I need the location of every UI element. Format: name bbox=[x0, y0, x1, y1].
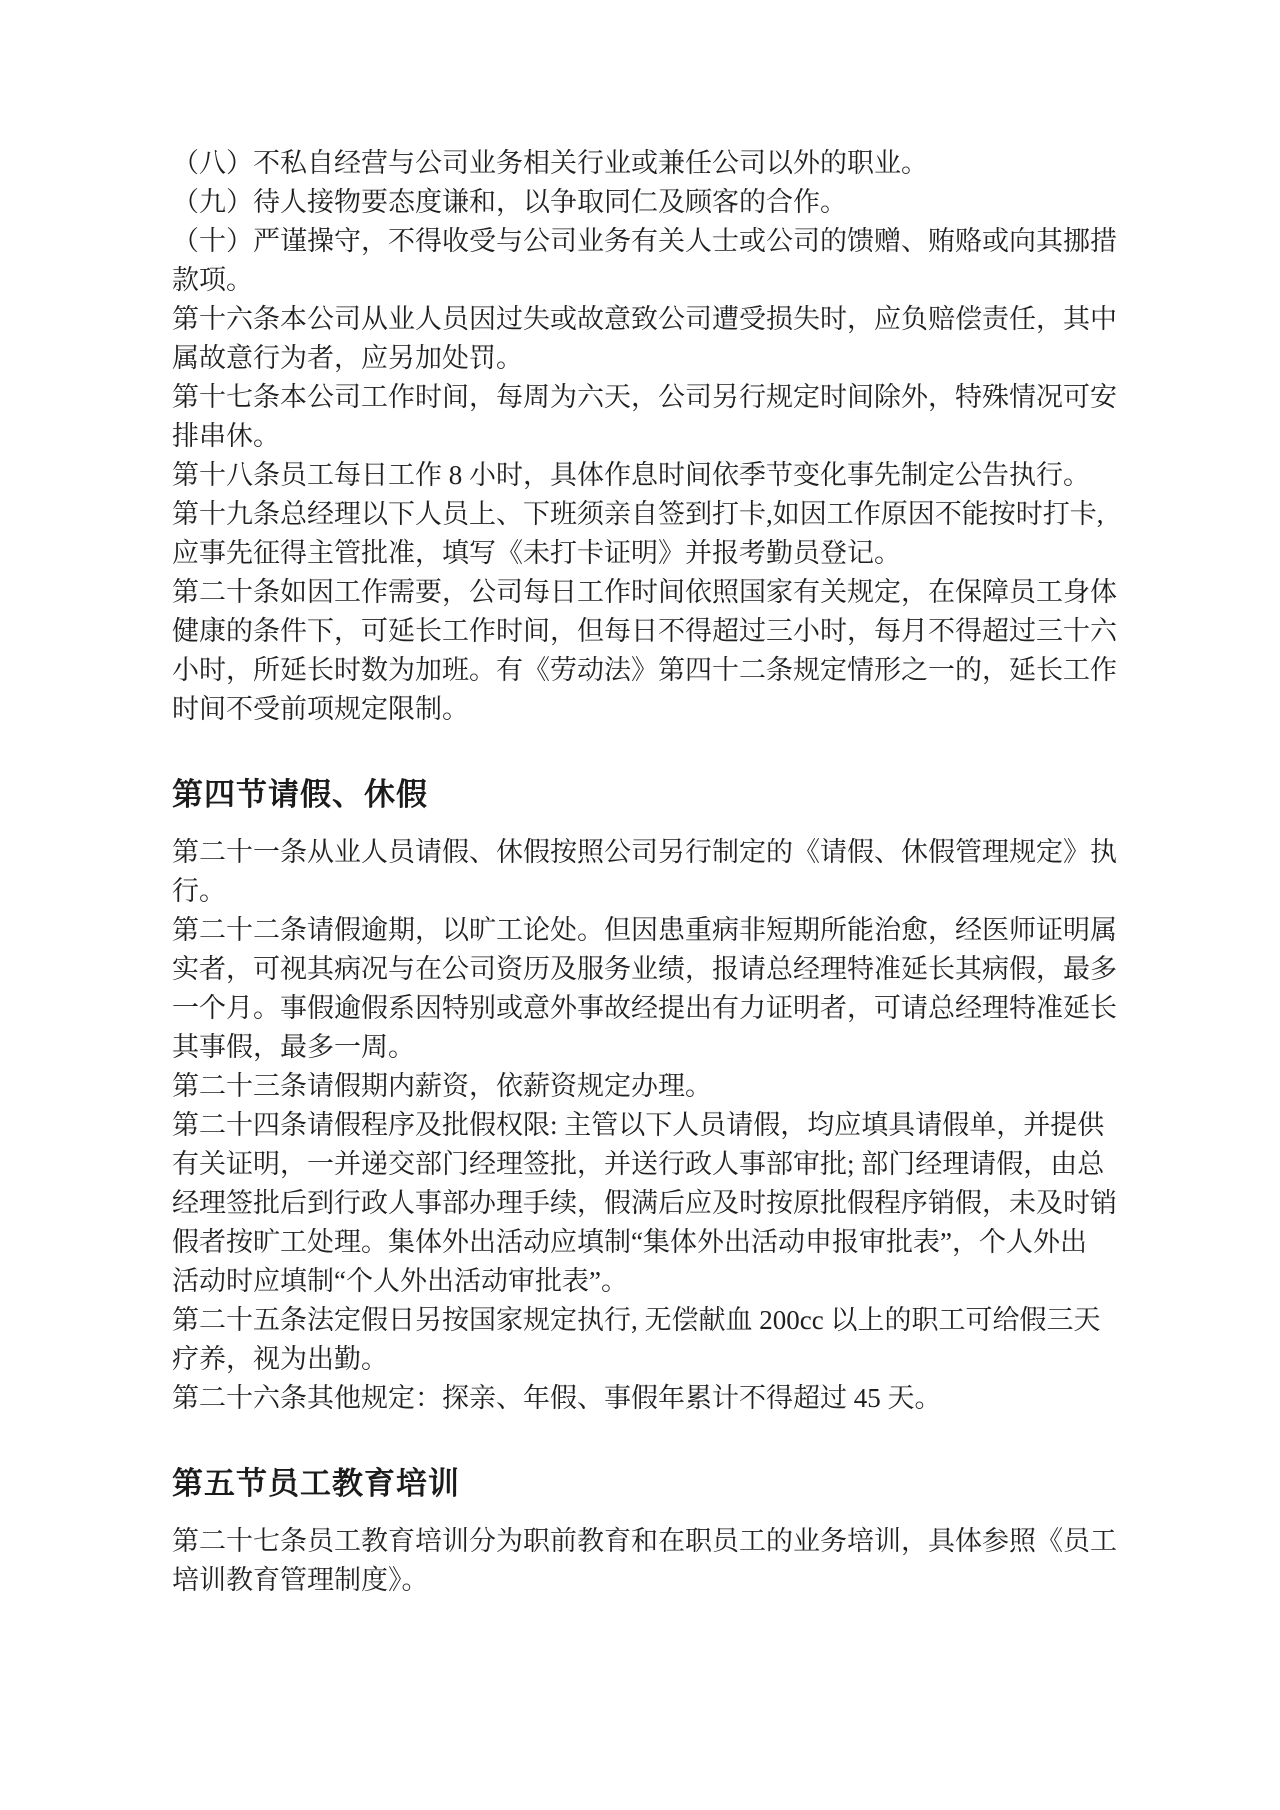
paragraph-line: 一个月。事假逾假系因特别或意外事故经提出有力证明者，可请总经理特准延长 bbox=[172, 989, 1120, 1028]
paragraph: 第二十六条其他规定：探亲、年假、事假年累计不得超过 45 天。 bbox=[172, 1379, 1120, 1418]
paragraph: （九）待人接物要态度谦和，以争取同仁及顾客的合作。 bbox=[172, 183, 1120, 222]
paragraph: 第十八条员工每日工作 8 小时，具体作息时间依季节变化事先制定公告执行。 bbox=[172, 456, 1120, 495]
paragraph-line: 款项。 bbox=[172, 261, 1120, 300]
paragraph-line: 疗养，视为出勤。 bbox=[172, 1340, 1120, 1379]
paragraph-line: 应事先征得主管批准，填写《未打卡证明》并报考勤员登记。 bbox=[172, 534, 1120, 573]
paragraph-line: 第十六条本公司从业人员因过失或故意致公司遭受损失时，应负赔偿责任，其中 bbox=[172, 300, 1120, 339]
paragraph-line: 第十九条总经理以下人员上、下班须亲自签到打卡,如因工作原因不能按时打卡, bbox=[172, 495, 1120, 534]
paragraph-line: 其事假，最多一周。 bbox=[172, 1028, 1120, 1067]
paragraph-line: 培训教育管理制度》。 bbox=[172, 1561, 1120, 1600]
paragraph: 第二十四条请假程序及批假权限: 主管以下人员请假，均应填具请假单，并提供有关证明… bbox=[172, 1106, 1120, 1301]
paragraph-line: 第十七条本公司工作时间，每周为六天，公司另行规定时间除外，特殊情况可安 bbox=[172, 378, 1120, 417]
paragraph: 第二十二条请假逾期，以旷工论处。但因患重病非短期所能治愈，经医师证明属实者，可视… bbox=[172, 911, 1120, 1067]
paragraph-line: 第二十五条法定假日另按国家规定执行, 无偿献血 200cc 以上的职工可给假三天 bbox=[172, 1301, 1120, 1340]
paragraph-line: 假者按旷工处理。集体外出活动应填制“集体外出活动申报审批表”，个人外出 bbox=[172, 1223, 1120, 1262]
paragraph-line: 健康的条件下，可延长工作时间，但每日不得超过三小时，每月不得超过三十六 bbox=[172, 612, 1120, 651]
paragraph-line: 第二十条如因工作需要，公司每日工作时间依照国家有关规定，在保障员工身体 bbox=[172, 573, 1120, 612]
paragraph-line: 排串休。 bbox=[172, 417, 1120, 456]
paragraph: 第二十五条法定假日另按国家规定执行, 无偿献血 200cc 以上的职工可给假三天… bbox=[172, 1301, 1120, 1379]
paragraph-line: 小时，所延长时数为加班。有《劳动法》第四十二条规定情形之一的，延长工作 bbox=[172, 651, 1120, 690]
document-page: （八）不私自经营与公司业务相关行业或兼任公司以外的职业。（九）待人接物要态度谦和… bbox=[0, 0, 1280, 1810]
paragraph-line: 第二十三条请假期内薪资，依薪资规定办理。 bbox=[172, 1067, 1120, 1106]
paragraph: 第二十七条员工教育培训分为职前教育和在职员工的业务培训，具体参照《员工培训教育管… bbox=[172, 1522, 1120, 1600]
paragraph-line: 第十八条员工每日工作 8 小时，具体作息时间依季节变化事先制定公告执行。 bbox=[172, 456, 1120, 495]
paragraph: 第十七条本公司工作时间，每周为六天，公司另行规定时间除外，特殊情况可安排串休。 bbox=[172, 378, 1120, 456]
paragraph-line: （八）不私自经营与公司业务相关行业或兼任公司以外的职业。 bbox=[172, 144, 1120, 183]
paragraph-line: （十）严谨操守，不得收受与公司业务有关人士或公司的馈赠、贿赂或向其挪措 bbox=[172, 222, 1120, 261]
paragraph: 第十九条总经理以下人员上、下班须亲自签到打卡,如因工作原因不能按时打卡,应事先征… bbox=[172, 495, 1120, 573]
paragraph-line: 属故意行为者，应另加处罚。 bbox=[172, 339, 1120, 378]
paragraph: 第十六条本公司从业人员因过失或故意致公司遭受损失时，应负赔偿责任，其中属故意行为… bbox=[172, 300, 1120, 378]
paragraph-line: 有关证明，一并递交部门经理签批，并送行政人事部审批; 部门经理请假，由总 bbox=[172, 1145, 1120, 1184]
paragraph: （八）不私自经营与公司业务相关行业或兼任公司以外的职业。 bbox=[172, 144, 1120, 183]
document-content: （八）不私自经营与公司业务相关行业或兼任公司以外的职业。（九）待人接物要态度谦和… bbox=[172, 144, 1120, 1600]
paragraph-line: 第二十一条从业人员请假、休假按照公司另行制定的《请假、休假管理规定》执 bbox=[172, 833, 1120, 872]
paragraph-line: 第二十二条请假逾期，以旷工论处。但因患重病非短期所能治愈，经医师证明属 bbox=[172, 911, 1120, 950]
paragraph-line: 活动时应填制“个人外出活动审批表”。 bbox=[172, 1262, 1120, 1301]
paragraph-line: 行。 bbox=[172, 872, 1120, 911]
paragraph: （十）严谨操守，不得收受与公司业务有关人士或公司的馈赠、贿赂或向其挪措款项。 bbox=[172, 222, 1120, 300]
paragraph: 第二十条如因工作需要，公司每日工作时间依照国家有关规定，在保障员工身体健康的条件… bbox=[172, 573, 1120, 729]
paragraph: 第二十一条从业人员请假、休假按照公司另行制定的《请假、休假管理规定》执行。 bbox=[172, 833, 1120, 911]
section-heading: 第四节请假、休假 bbox=[172, 773, 1120, 817]
paragraph-line: 第二十四条请假程序及批假权限: 主管以下人员请假，均应填具请假单，并提供 bbox=[172, 1106, 1120, 1145]
paragraph-line: 实者，可视其病况与在公司资历及服务业绩，报请总经理特准延长其病假，最多 bbox=[172, 950, 1120, 989]
paragraph-line: （九）待人接物要态度谦和，以争取同仁及顾客的合作。 bbox=[172, 183, 1120, 222]
paragraph-line: 第二十七条员工教育培训分为职前教育和在职员工的业务培训，具体参照《员工 bbox=[172, 1522, 1120, 1561]
paragraph: 第二十三条请假期内薪资，依薪资规定办理。 bbox=[172, 1067, 1120, 1106]
paragraph-line: 时间不受前项规定限制。 bbox=[172, 690, 1120, 729]
section-heading: 第五节员工教育培训 bbox=[172, 1462, 1120, 1506]
paragraph-line: 经理签批后到行政人事部办理手续，假满后应及时按原批假程序销假，未及时销 bbox=[172, 1184, 1120, 1223]
paragraph-line: 第二十六条其他规定：探亲、年假、事假年累计不得超过 45 天。 bbox=[172, 1379, 1120, 1418]
